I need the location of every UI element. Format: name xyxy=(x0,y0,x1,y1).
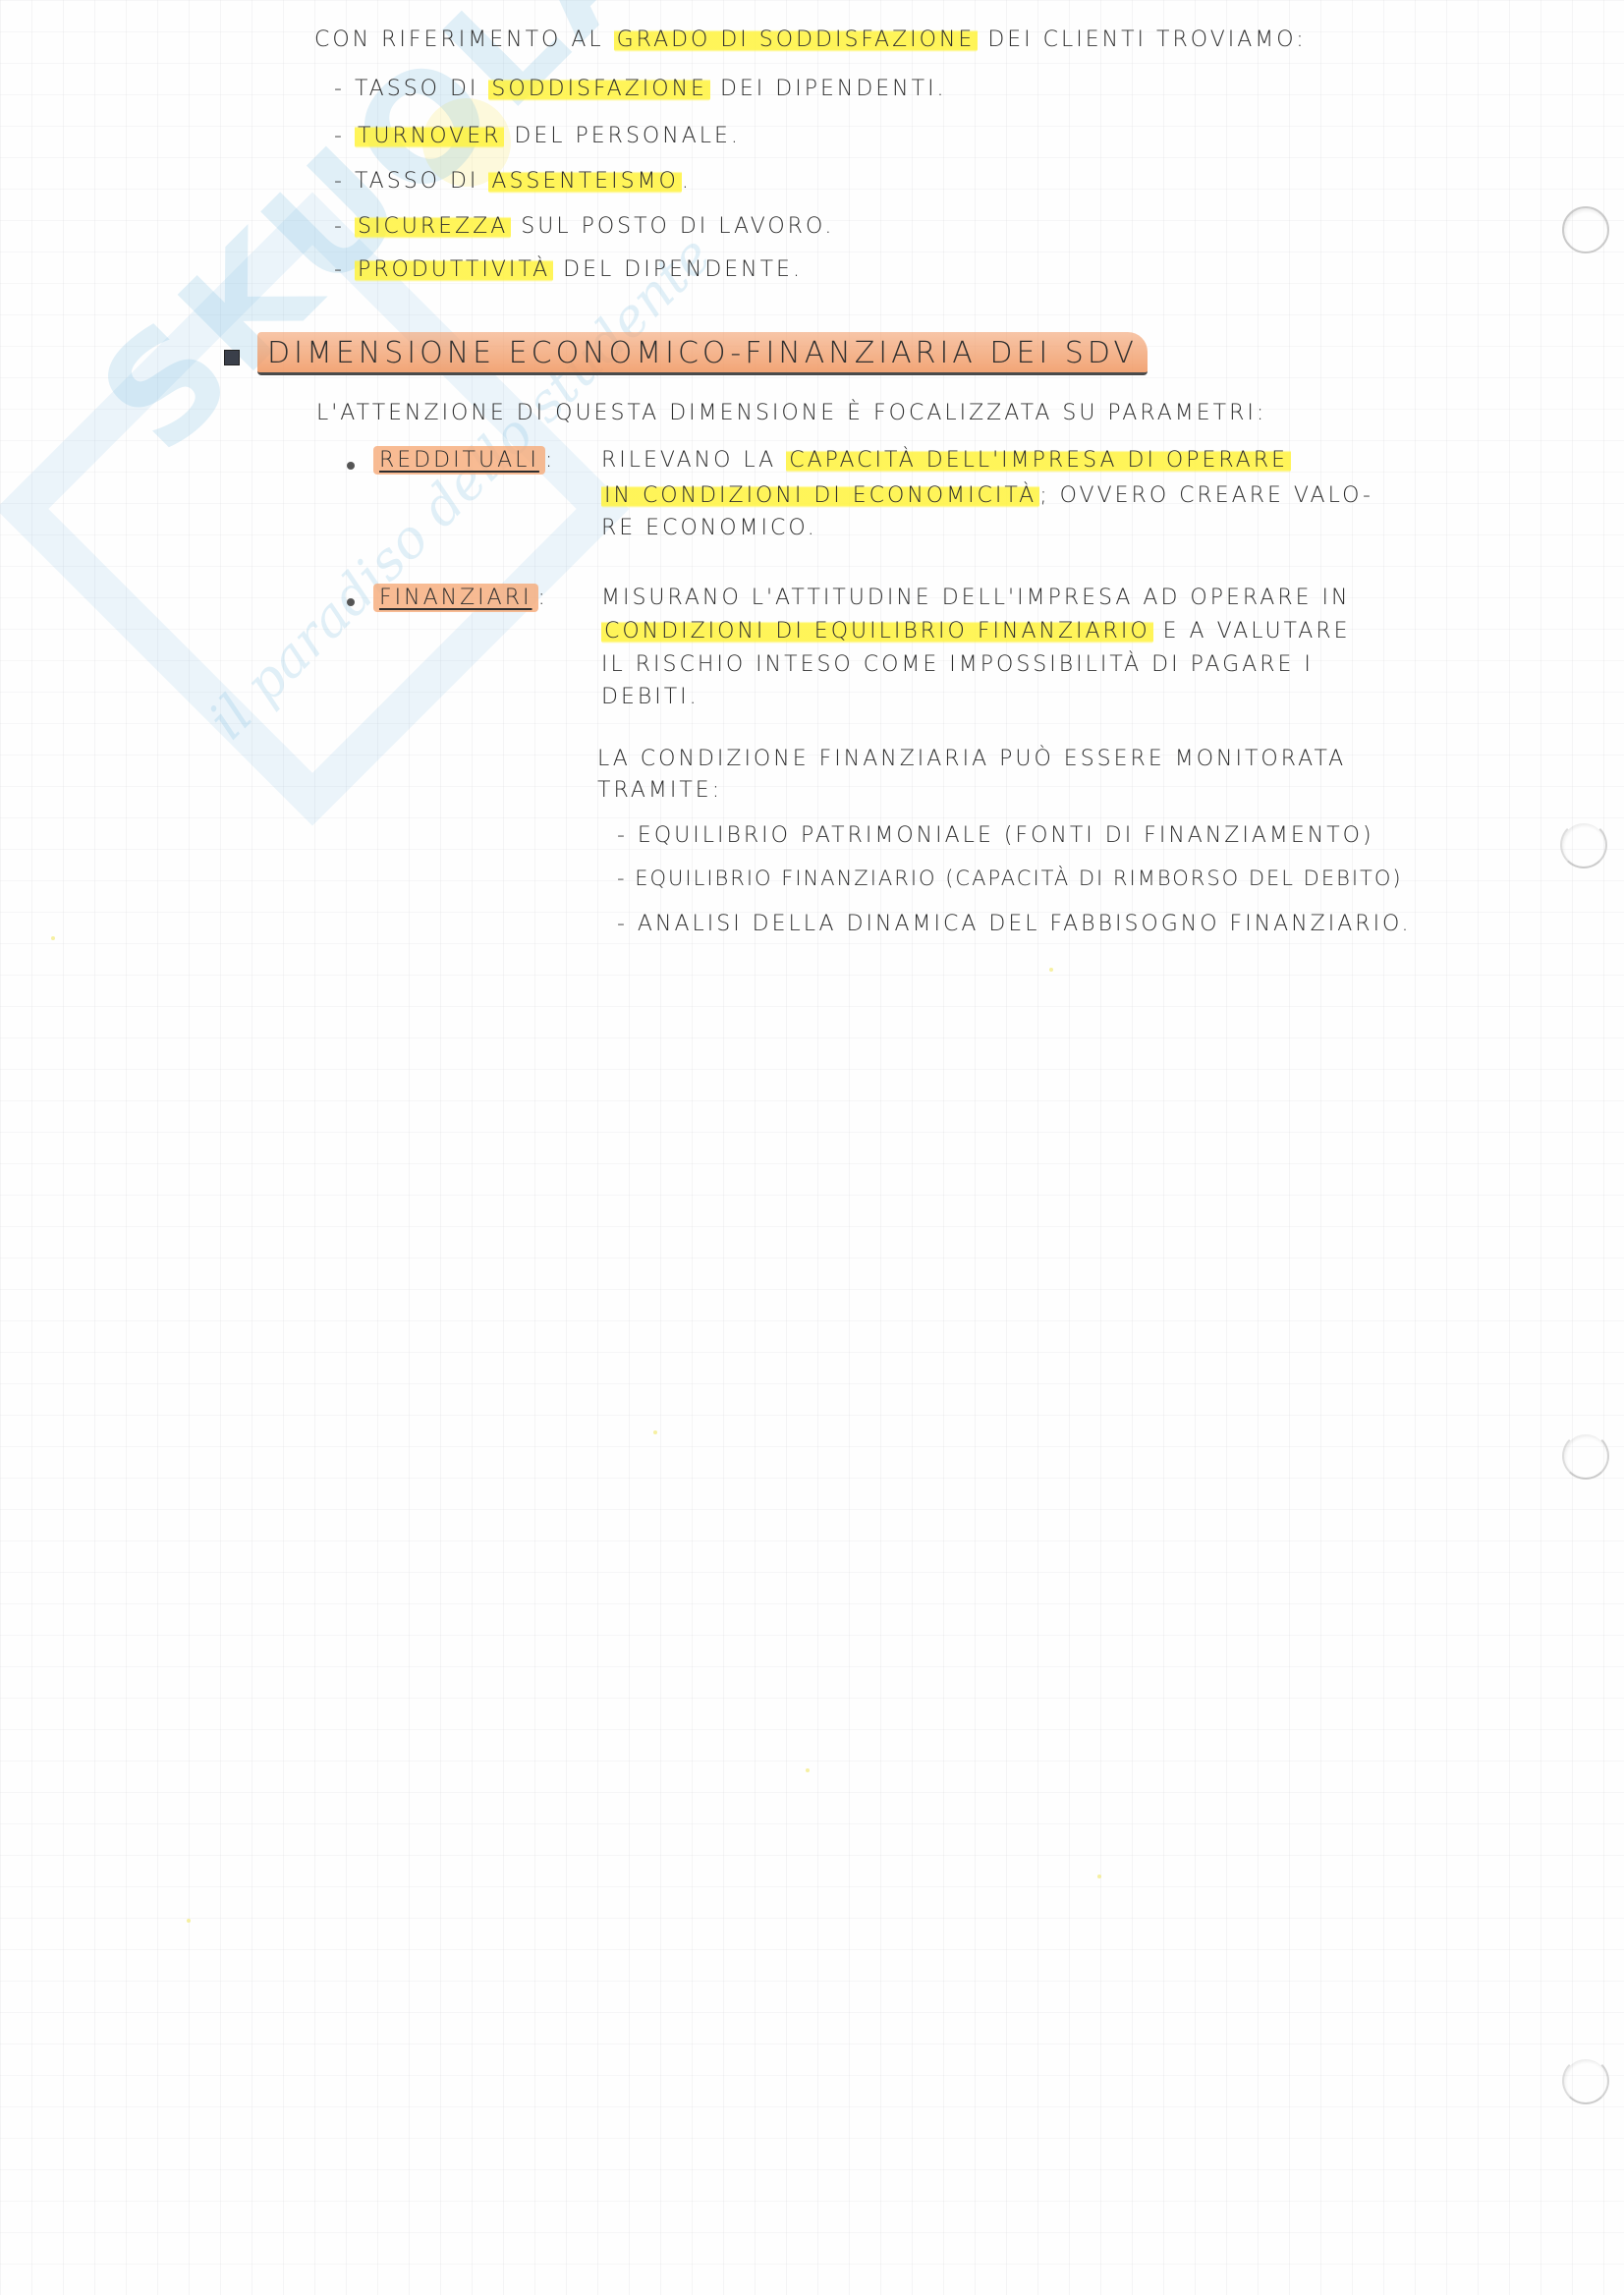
param-text: misurano l'attitudine dell'impresa ad op… xyxy=(601,586,1350,610)
binder-hole-icon xyxy=(1562,206,1609,253)
metric-item: - Produttività del dipendente. xyxy=(334,257,803,282)
square-bullet-icon xyxy=(224,350,240,365)
metric-highlight: Turnover xyxy=(355,124,504,148)
metric-text: sul posto di lavoro. xyxy=(521,214,834,239)
metric-item: - Tasso di assenteismo. xyxy=(334,169,692,194)
param-line: rilevano la capacità dell'impresa di ope… xyxy=(601,448,1291,473)
colon: : xyxy=(538,586,548,610)
param-label: Finanziari xyxy=(373,584,538,612)
param-line: il rischio inteso come impossibilità di … xyxy=(601,652,1314,677)
intro-line: Con riferimento al grado di soddisfazion… xyxy=(314,28,1307,52)
metric-text: del personale. xyxy=(514,124,740,148)
watermark-shape xyxy=(0,193,629,826)
paper-speck xyxy=(1097,1875,1101,1878)
paper-speck xyxy=(51,936,55,940)
metric-text: Tasso di xyxy=(355,77,478,101)
section-title: Dimensione economico-finanziaria dei SDV xyxy=(257,332,1148,375)
param-text: re economico. xyxy=(601,516,817,540)
binder-hole-icon xyxy=(1560,821,1607,868)
section-intro: L'attenzione di questa dimensione è foca… xyxy=(316,401,1266,425)
intro-prefix: Con riferimento al xyxy=(314,28,604,52)
paper-speck xyxy=(806,1768,810,1772)
param-highlight: in condizioni di economicità xyxy=(601,483,1039,508)
metric-item: - Turnover del personale. xyxy=(334,124,741,148)
metric-text: del dipendente. xyxy=(563,257,803,282)
param-label: Reddituali xyxy=(373,446,545,475)
param-text: rilevano la xyxy=(601,448,776,473)
param-text: debiti. xyxy=(601,685,700,709)
metric-highlight: soddisfazione xyxy=(488,77,710,101)
watermark: SKUOLA il paradiso dello studente xyxy=(29,246,580,756)
metric-text: dei dipendenti. xyxy=(720,77,947,101)
metric-item: - Sicurezza sul posto di lavoro. xyxy=(334,214,834,239)
metric-highlight: Sicurezza xyxy=(355,214,511,239)
param-text: e a valutare xyxy=(1163,619,1351,644)
metric-highlight: assenteismo xyxy=(488,169,681,194)
dot-bullet-icon xyxy=(347,598,355,606)
paper-speck xyxy=(1049,968,1053,972)
dash: - xyxy=(334,214,345,239)
param-line: condizioni di equilibrio finanziario e a… xyxy=(601,619,1351,644)
monitoring-line-1: La condizione finanziaria può essere mon… xyxy=(597,747,1346,771)
binder-hole-icon xyxy=(1562,2057,1609,2104)
dash: - xyxy=(334,257,345,282)
monitoring-line-2: tramite: xyxy=(597,778,722,803)
paper-speck xyxy=(187,1919,191,1923)
colon: : xyxy=(545,448,555,473)
metric-text: Tasso di xyxy=(355,169,478,194)
param-line: misurano l'attitudine dell'impresa ad op… xyxy=(601,586,1350,610)
intro-highlight: grado di soddisfazione xyxy=(614,28,979,52)
binder-hole-icon xyxy=(1562,1432,1609,1480)
param-text: il rischio inteso come impossibilità di … xyxy=(601,652,1314,677)
param-label-finanziari: Finanziari: xyxy=(373,586,548,610)
metric-highlight: Produttività xyxy=(355,257,553,282)
metric-text: . xyxy=(682,169,692,194)
dash: - xyxy=(334,169,345,194)
dash: - xyxy=(334,124,345,148)
dot-bullet-icon xyxy=(347,462,355,470)
paper-speck xyxy=(653,1430,657,1434)
intro-suffix: dei clienti troviamo: xyxy=(987,28,1306,52)
monitoring-item: - Equilibrio finanziario (capacità di ri… xyxy=(617,867,1403,890)
param-line: re economico. xyxy=(601,516,817,540)
monitoring-item: - Analisi della dinamica del fabbisogno … xyxy=(617,912,1411,936)
metric-item: - Tasso di soddisfazione dei dipendenti. xyxy=(334,77,947,101)
param-line: debiti. xyxy=(601,685,700,709)
param-highlight: capacità dell'impresa di operare xyxy=(786,448,1291,473)
dash: - xyxy=(334,77,345,101)
param-text: ; ovvero creare valo- xyxy=(1039,483,1373,508)
param-label-reddituali: Reddituali: xyxy=(373,448,555,473)
notebook-page: SKUOLA il paradiso dello studente Con ri… xyxy=(0,0,1624,2295)
monitoring-item: - Equilibrio patrimoniale (fonti di fina… xyxy=(617,823,1374,848)
param-highlight: condizioni di equilibrio finanziario xyxy=(601,619,1153,644)
param-line: in condizioni di economicità; ovvero cre… xyxy=(601,483,1373,508)
